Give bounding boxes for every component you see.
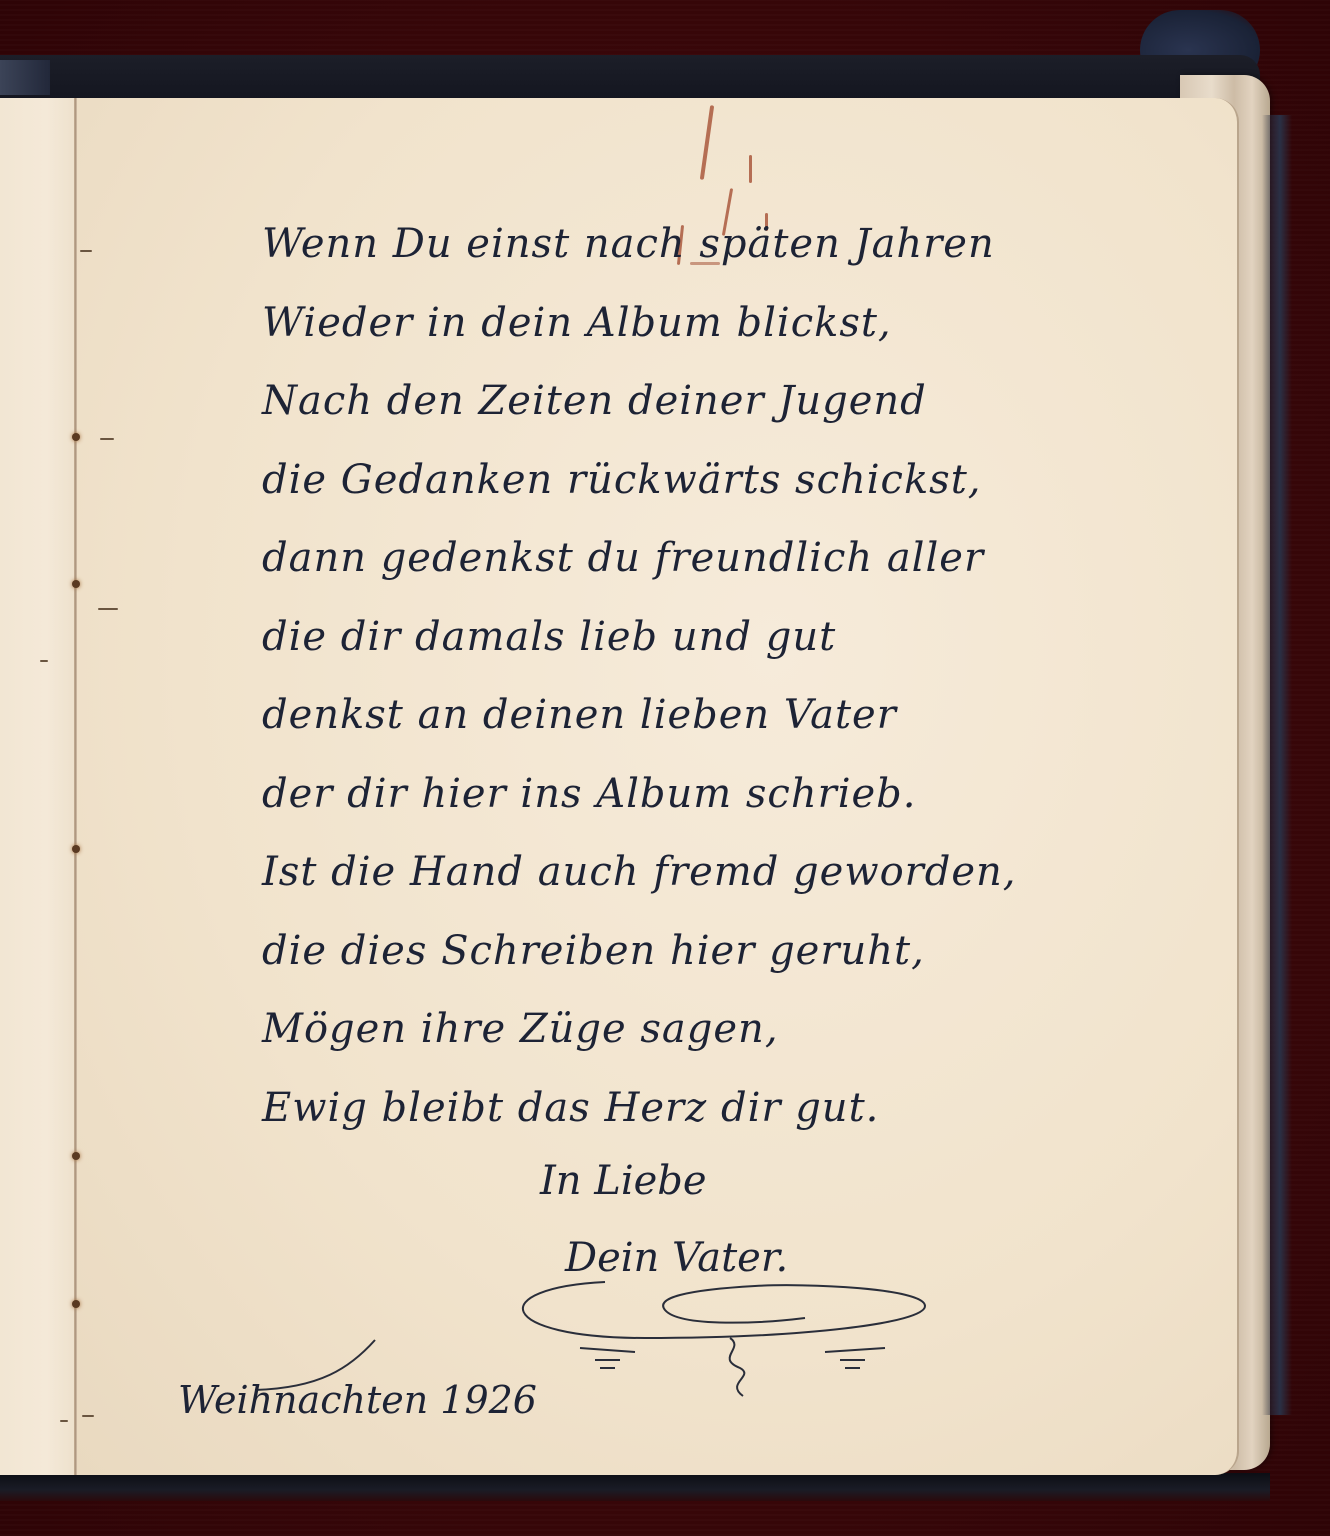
binding-staple: [72, 580, 80, 588]
poem-line: die Gedanken rückwärts schickst,: [262, 441, 1202, 520]
poem-line: die dir damals lieb und gut: [262, 598, 1202, 677]
left-page-sliver: [0, 98, 78, 1475]
poem-line: Ewig bleibt das Herz dir gut.: [262, 1069, 1202, 1148]
paper-speck: [82, 1415, 94, 1417]
ink-stain: [749, 155, 752, 183]
binding-gutter: [74, 98, 77, 1475]
album-cover-top: [0, 55, 1260, 100]
paper-speck: [100, 438, 114, 440]
date-inscription: Weihnachten 1926: [178, 1378, 537, 1422]
signature-flourish-icon: [505, 1268, 945, 1398]
paper-speck: [80, 250, 92, 252]
binding-staple: [72, 433, 80, 441]
poem-line: Wenn Du einst nach späten Jahren: [262, 205, 1202, 284]
cover-spine-edge: [0, 60, 50, 95]
binding-staple: [72, 1152, 80, 1160]
poem-line: Mögen ihre Züge sagen,: [262, 990, 1202, 1069]
handwritten-poem: Wenn Du einst nach späten Jahren Wieder …: [262, 205, 1202, 1147]
binding-staple: [72, 845, 80, 853]
binding-staple: [72, 1300, 80, 1308]
paper-speck: [40, 660, 48, 662]
poem-line: Nach den Zeiten deiner Jugend: [262, 362, 1202, 441]
back-cover-edge: [1262, 115, 1292, 1415]
poem-line: Wieder in dein Album blickst,: [262, 284, 1202, 363]
closing-salutation: In Liebe: [540, 1158, 707, 1204]
poem-line: denkst an deinen lieben Vater: [262, 676, 1202, 755]
paper-speck: [98, 608, 118, 610]
paper-speck: [60, 1420, 68, 1422]
poem-line: Ist die Hand auch fremd geworden,: [262, 833, 1202, 912]
poem-line: die dies Schreiben hier geruht,: [262, 912, 1202, 991]
poem-line: dann gedenkst du freundlich aller: [262, 519, 1202, 598]
album-cover-bottom: [0, 1473, 1270, 1501]
poem-line: der dir hier ins Album schrieb.: [262, 755, 1202, 834]
